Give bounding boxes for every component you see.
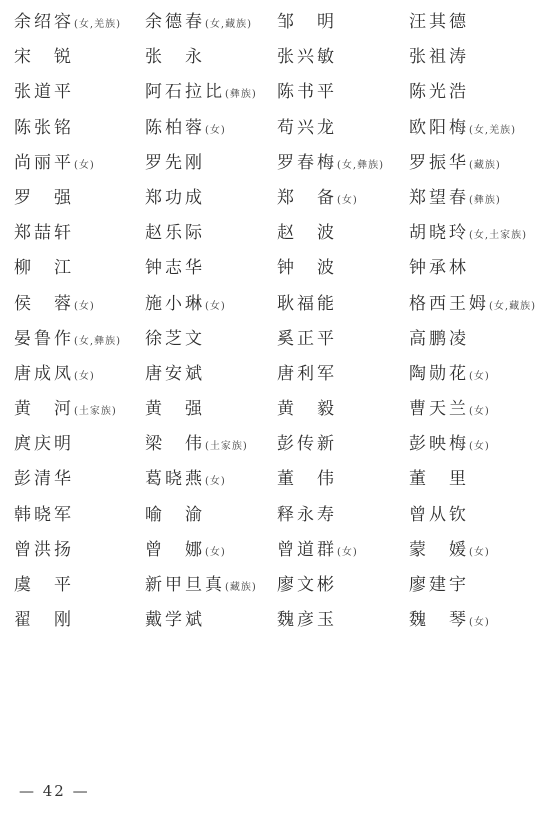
name-entry: 罗 强 bbox=[14, 181, 74, 218]
name-entry: 彭传新 bbox=[277, 427, 337, 464]
name-entry: 柳 江 bbox=[14, 251, 74, 288]
name-entry: 晏鲁作(女,彝族) bbox=[14, 322, 121, 359]
name-entry: 唐利军 bbox=[277, 357, 337, 394]
person-name: 曹天兰 bbox=[409, 399, 469, 419]
name-entry: 彭映梅(女) bbox=[409, 427, 490, 464]
person-name: 余德春 bbox=[145, 12, 205, 32]
name-entry: 魏彦玉 bbox=[277, 603, 337, 640]
person-name: 陶勋花 bbox=[409, 364, 469, 384]
person-annotation: (女) bbox=[205, 125, 226, 136]
person-name: 董 伟 bbox=[277, 469, 337, 489]
person-name: 翟 刚 bbox=[14, 610, 74, 630]
name-entry: 钟承林 bbox=[409, 251, 469, 288]
name-entry: 虞 平 bbox=[14, 568, 74, 605]
name-entry: 曾道群(女) bbox=[277, 533, 358, 570]
person-name: 格西王姆 bbox=[409, 294, 489, 314]
person-name: 罗春梅 bbox=[277, 153, 337, 173]
name-entry: 宋 锐 bbox=[14, 40, 74, 77]
name-row: 庹庆明梁 伟(土家族)彭传新彭映梅(女) bbox=[0, 427, 550, 462]
name-entry: 胡晓玲(女,土家族) bbox=[409, 216, 527, 253]
name-entry: 张道平 bbox=[14, 75, 74, 112]
person-annotation: (女) bbox=[469, 547, 490, 558]
person-name: 廖建宇 bbox=[409, 575, 469, 595]
person-annotation: (女) bbox=[469, 406, 490, 417]
person-annotation: (女) bbox=[469, 617, 490, 628]
person-name: 黄 毅 bbox=[277, 399, 337, 419]
person-annotation: (女,彝族) bbox=[337, 160, 384, 171]
name-entry: 曹天兰(女) bbox=[409, 392, 490, 429]
name-entry: 廖文彬 bbox=[277, 568, 337, 605]
person-name: 庹庆明 bbox=[14, 434, 74, 454]
name-entry: 翟 刚 bbox=[14, 603, 74, 640]
person-annotation: (土家族) bbox=[74, 406, 117, 417]
name-row: 宋 锐张 永张兴敏张祖涛 bbox=[0, 40, 550, 75]
person-annotation: (女) bbox=[74, 371, 95, 382]
person-name: 张 永 bbox=[145, 47, 205, 67]
name-row: 曾洪扬曾 娜(女)曾道群(女)蒙 媛(女) bbox=[0, 533, 550, 568]
name-entry: 陈书平 bbox=[277, 75, 337, 112]
person-annotation: (女,藏族) bbox=[489, 301, 536, 312]
name-entry: 唐成凤(女) bbox=[14, 357, 95, 394]
person-name: 阿石拉比 bbox=[145, 82, 225, 102]
person-annotation: (女,羌族) bbox=[469, 125, 516, 136]
name-entry: 耿福能 bbox=[277, 287, 337, 324]
person-name: 陈书平 bbox=[277, 82, 337, 102]
person-name: 尚丽平 bbox=[14, 153, 74, 173]
person-name: 彭映梅 bbox=[409, 434, 469, 454]
name-entry: 张 永 bbox=[145, 40, 205, 77]
name-row: 罗 强郑功成郑 备(女)郑望春(彝族) bbox=[0, 181, 550, 216]
name-row: 余绍容(女,羌族)余德春(女,藏族)邹 明汪其德 bbox=[0, 5, 550, 40]
person-annotation: (女,土家族) bbox=[469, 230, 527, 241]
person-annotation: (女) bbox=[469, 441, 490, 452]
name-entry: 罗振华(藏族) bbox=[409, 146, 501, 183]
name-entry: 施小琳(女) bbox=[145, 287, 226, 324]
name-entry: 张祖涛 bbox=[409, 40, 469, 77]
person-name: 蒙 媛 bbox=[409, 540, 469, 560]
name-entry: 曾洪扬 bbox=[14, 533, 74, 570]
name-row: 陈张铭陈柏蓉(女)苟兴龙欧阳梅(女,羌族) bbox=[0, 111, 550, 146]
name-entry: 侯 蓉(女) bbox=[14, 287, 95, 324]
name-entry: 喻 渝 bbox=[145, 498, 205, 535]
name-entry: 梁 伟(土家族) bbox=[145, 427, 248, 464]
person-annotation: (女) bbox=[74, 301, 95, 312]
name-entry: 罗春梅(女,彝族) bbox=[277, 146, 384, 183]
name-entry: 格西王姆(女,藏族) bbox=[409, 287, 536, 324]
person-name: 奚正平 bbox=[277, 329, 337, 349]
person-name: 董 里 bbox=[409, 469, 469, 489]
person-name: 陈张铭 bbox=[14, 118, 74, 138]
name-entry: 郑功成 bbox=[145, 181, 205, 218]
name-row: 郑喆轩赵乐际赵 波胡晓玲(女,土家族) bbox=[0, 216, 550, 251]
person-name: 余绍容 bbox=[14, 12, 74, 32]
person-name: 梁 伟 bbox=[145, 434, 205, 454]
name-entry: 葛晓燕(女) bbox=[145, 462, 226, 499]
person-name: 侯 蓉 bbox=[14, 294, 74, 314]
name-entry: 赵 波 bbox=[277, 216, 337, 253]
person-name: 葛晓燕 bbox=[145, 469, 205, 489]
person-name: 虞 平 bbox=[14, 575, 74, 595]
person-name: 郑望春 bbox=[409, 188, 469, 208]
name-entry: 郑喆轩 bbox=[14, 216, 74, 253]
person-name: 钟志华 bbox=[145, 258, 205, 278]
name-entry: 戴学斌 bbox=[145, 603, 205, 640]
person-name: 晏鲁作 bbox=[14, 329, 74, 349]
person-name: 胡晓玲 bbox=[409, 223, 469, 243]
person-name: 张祖涛 bbox=[409, 47, 469, 67]
name-entry: 黄 强 bbox=[145, 392, 205, 429]
name-entry: 郑望春(彝族) bbox=[409, 181, 501, 218]
name-row: 张道平阿石拉比(彝族)陈书平陈光浩 bbox=[0, 75, 550, 110]
name-entry: 高鹏凌 bbox=[409, 322, 469, 359]
person-name: 黄 河 bbox=[14, 399, 74, 419]
name-entry: 曾 娜(女) bbox=[145, 533, 226, 570]
person-name: 新甲旦真 bbox=[145, 575, 225, 595]
name-row: 侯 蓉(女)施小琳(女)耿福能格西王姆(女,藏族) bbox=[0, 287, 550, 322]
name-entry: 邹 明 bbox=[277, 5, 337, 42]
name-entry: 蒙 媛(女) bbox=[409, 533, 490, 570]
person-name: 高鹏凌 bbox=[409, 329, 469, 349]
person-name: 廖文彬 bbox=[277, 575, 337, 595]
person-name: 张道平 bbox=[14, 82, 74, 102]
name-row: 黄 河(土家族)黄 强黄 毅曹天兰(女) bbox=[0, 392, 550, 427]
name-entry: 新甲旦真(藏族) bbox=[145, 568, 257, 605]
name-entry: 彭清华 bbox=[14, 462, 74, 499]
person-annotation: (藏族) bbox=[469, 160, 501, 171]
person-name: 施小琳 bbox=[145, 294, 205, 314]
name-entry: 黄 河(土家族) bbox=[14, 392, 117, 429]
person-name: 魏彦玉 bbox=[277, 610, 337, 630]
person-name: 赵乐际 bbox=[145, 223, 205, 243]
person-name: 曾洪扬 bbox=[14, 540, 74, 560]
person-name: 黄 强 bbox=[145, 399, 205, 419]
person-annotation: (女) bbox=[337, 547, 358, 558]
person-annotation: (女,彝族) bbox=[74, 336, 121, 347]
name-entry: 余德春(女,藏族) bbox=[145, 5, 252, 42]
name-entry: 钟志华 bbox=[145, 251, 205, 288]
person-name: 宋 锐 bbox=[14, 47, 74, 67]
person-name: 喻 渝 bbox=[145, 505, 205, 525]
person-name: 张兴敏 bbox=[277, 47, 337, 67]
name-entry: 唐安斌 bbox=[145, 357, 205, 394]
person-name: 徐芝文 bbox=[145, 329, 205, 349]
name-row: 虞 平新甲旦真(藏族)廖文彬廖建宇 bbox=[0, 568, 550, 603]
person-name: 柳 江 bbox=[14, 258, 74, 278]
name-entry: 释永寿 bbox=[277, 498, 337, 535]
person-name: 唐成凤 bbox=[14, 364, 74, 384]
name-entry: 董 伟 bbox=[277, 462, 337, 499]
person-annotation: (女) bbox=[205, 301, 226, 312]
name-entry: 苟兴龙 bbox=[277, 111, 337, 148]
person-annotation: (藏族) bbox=[225, 582, 257, 593]
person-name: 钟承林 bbox=[409, 258, 469, 278]
name-entry: 余绍容(女,羌族) bbox=[14, 5, 121, 42]
person-name: 赵 波 bbox=[277, 223, 337, 243]
person-annotation: (女,羌族) bbox=[74, 19, 121, 30]
person-name: 韩晓军 bbox=[14, 505, 74, 525]
person-name: 唐利军 bbox=[277, 364, 337, 384]
person-name: 曾从钦 bbox=[409, 505, 469, 525]
name-row: 翟 刚戴学斌魏彦玉魏 琴(女) bbox=[0, 603, 550, 638]
person-name: 郑功成 bbox=[145, 188, 205, 208]
person-annotation: (女) bbox=[469, 371, 490, 382]
person-annotation: (女) bbox=[74, 160, 95, 171]
name-row: 尚丽平(女)罗先刚罗春梅(女,彝族)罗振华(藏族) bbox=[0, 146, 550, 181]
person-name: 罗 强 bbox=[14, 188, 74, 208]
name-entry: 阿石拉比(彝族) bbox=[145, 75, 257, 112]
person-annotation: (彝族) bbox=[225, 89, 257, 100]
person-name: 郑 备 bbox=[277, 188, 337, 208]
person-annotation: (女) bbox=[205, 547, 226, 558]
person-annotation: (女) bbox=[337, 195, 358, 206]
person-name: 陈柏蓉 bbox=[145, 118, 205, 138]
person-name: 耿福能 bbox=[277, 294, 337, 314]
name-entry: 陈柏蓉(女) bbox=[145, 111, 226, 148]
page-number: — 42 — bbox=[19, 782, 90, 800]
name-entry: 董 里 bbox=[409, 462, 469, 499]
name-entry: 魏 琴(女) bbox=[409, 603, 490, 640]
person-name: 曾道群 bbox=[277, 540, 337, 560]
name-entry: 欧阳梅(女,羌族) bbox=[409, 111, 516, 148]
name-row: 韩晓军喻 渝释永寿曾从钦 bbox=[0, 498, 550, 533]
person-annotation: (女,藏族) bbox=[205, 19, 252, 30]
name-entry: 尚丽平(女) bbox=[14, 146, 95, 183]
person-name: 汪其德 bbox=[409, 12, 469, 32]
name-row: 晏鲁作(女,彝族)徐芝文奚正平高鹏凌 bbox=[0, 322, 550, 357]
person-annotation: (女) bbox=[205, 476, 226, 487]
name-entry: 陈张铭 bbox=[14, 111, 74, 148]
person-name: 罗先刚 bbox=[145, 153, 205, 173]
name-entry: 徐芝文 bbox=[145, 322, 205, 359]
person-name: 钟 波 bbox=[277, 258, 337, 278]
name-entry: 张兴敏 bbox=[277, 40, 337, 77]
person-name: 陈光浩 bbox=[409, 82, 469, 102]
name-entry: 曾从钦 bbox=[409, 498, 469, 535]
name-entry: 汪其德 bbox=[409, 5, 469, 42]
person-name: 欧阳梅 bbox=[409, 118, 469, 138]
person-annotation: (彝族) bbox=[469, 195, 501, 206]
person-name: 魏 琴 bbox=[409, 610, 469, 630]
person-name: 彭传新 bbox=[277, 434, 337, 454]
name-row: 柳 江钟志华钟 波钟承林 bbox=[0, 251, 550, 286]
person-name: 曾 娜 bbox=[145, 540, 205, 560]
name-row: 唐成凤(女)唐安斌唐利军陶勋花(女) bbox=[0, 357, 550, 392]
name-entry: 赵乐际 bbox=[145, 216, 205, 253]
name-entry: 罗先刚 bbox=[145, 146, 205, 183]
person-name: 戴学斌 bbox=[145, 610, 205, 630]
person-annotation: (土家族) bbox=[205, 441, 248, 452]
name-entry: 韩晓军 bbox=[14, 498, 74, 535]
person-name: 郑喆轩 bbox=[14, 223, 74, 243]
person-name: 释永寿 bbox=[277, 505, 337, 525]
person-name: 唐安斌 bbox=[145, 364, 205, 384]
name-entry: 陶勋花(女) bbox=[409, 357, 490, 394]
name-entry: 陈光浩 bbox=[409, 75, 469, 112]
name-entry: 庹庆明 bbox=[14, 427, 74, 464]
name-entry: 钟 波 bbox=[277, 251, 337, 288]
name-entry: 郑 备(女) bbox=[277, 181, 358, 218]
person-name: 邹 明 bbox=[277, 12, 337, 32]
person-name: 彭清华 bbox=[14, 469, 74, 489]
person-name: 苟兴龙 bbox=[277, 118, 337, 138]
name-entry: 奚正平 bbox=[277, 322, 337, 359]
name-list: 余绍容(女,羌族)余德春(女,藏族)邹 明汪其德宋 锐张 永张兴敏张祖涛张道平阿… bbox=[0, 5, 550, 638]
name-row: 彭清华葛晓燕(女)董 伟董 里 bbox=[0, 462, 550, 497]
name-entry: 黄 毅 bbox=[277, 392, 337, 429]
name-entry: 廖建宇 bbox=[409, 568, 469, 605]
person-name: 罗振华 bbox=[409, 153, 469, 173]
